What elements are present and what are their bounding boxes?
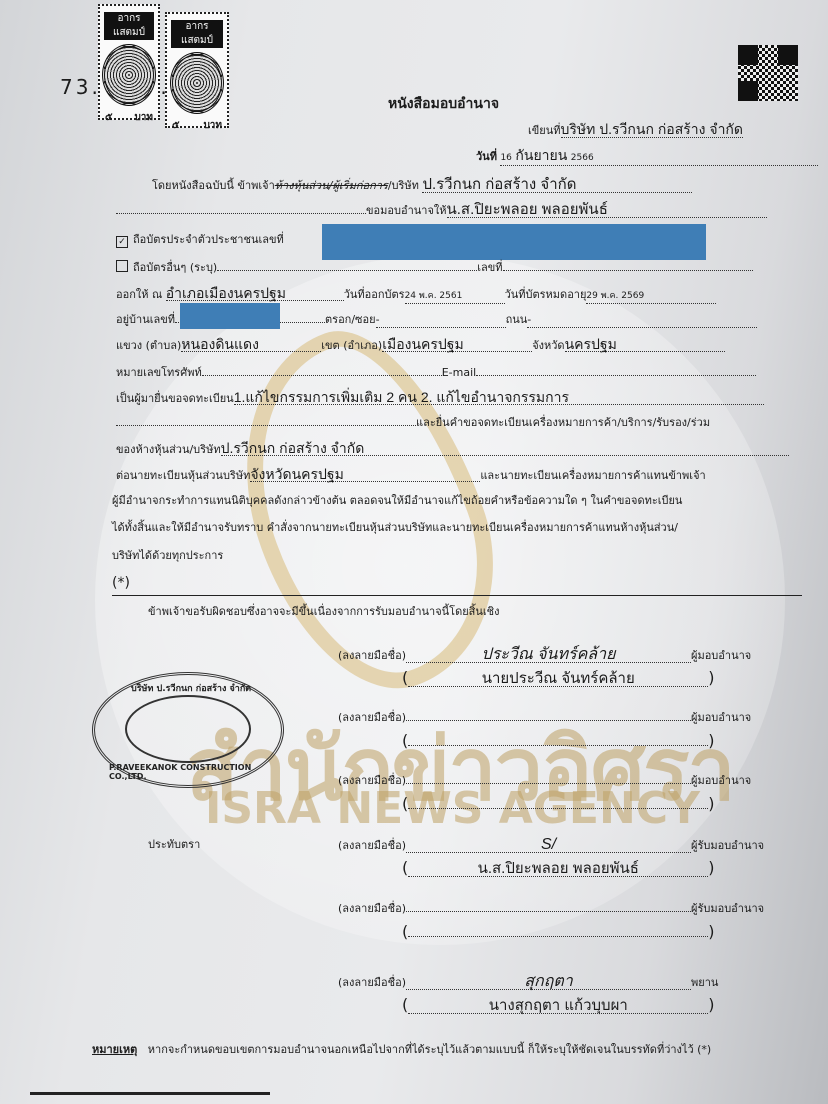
stamp-label: อากรแสตมป์ [104, 12, 154, 40]
province-label: จังหวัด [532, 339, 564, 352]
other-card-label: ถือบัตรอื่นๆ (ระบุ) [133, 261, 217, 274]
signer-role: ผู้มอบอำนาจ [691, 774, 751, 787]
divider [112, 595, 802, 596]
signature-value: S/ [406, 838, 691, 853]
note-text: หากจะกำหนดขอบเขตการมอบอำนาจนอกเหนือไปจาก… [148, 1043, 711, 1056]
signer-role: ผู้รับมอบอำนาจ [691, 839, 764, 852]
signature-value [406, 783, 691, 784]
house-label: อยู่บ้านเลขที่ [116, 313, 175, 326]
signature-row: (ลงลายมือชื่อ)ประวีณ จันทร์คล้ายผู้มอบอำ… [338, 648, 751, 663]
stamp-unit: บาท [203, 118, 222, 133]
sign-label: (ลงลายมือชื่อ) [338, 839, 406, 852]
stamp-emblem-icon [170, 52, 224, 114]
stamp-label: อากรแสตมป์ [171, 20, 223, 48]
bottom-underline [30, 1092, 270, 1095]
subdistrict-value: หนองดินแดง [181, 337, 321, 352]
province-value: นครปฐม [565, 337, 725, 352]
email-label: E-mail [442, 366, 477, 379]
redacted-id-number [322, 224, 706, 260]
seal-top-text: บริษัท ป.รวีกนก ก่อสร้าง จำกัด [131, 681, 251, 695]
registrar-suffix: และนายทะเบียนเครื่องหมายการค้าแทนข้าพเจ้… [480, 469, 705, 482]
intro-prefix: โดยหนังสือฉบับนี้ ข้าพเจ้า [152, 179, 275, 192]
struck-options: ห้างหุ้นส่วน/ผู้เริ่มก่อการ [275, 179, 388, 192]
printed-name: นายประวีณ จันทร์คล้าย [408, 672, 708, 687]
other-card-checkbox[interactable] [116, 260, 128, 272]
printed-name [408, 745, 708, 746]
signer-role: พยาน [691, 976, 718, 989]
date-year: 2566 [571, 153, 594, 163]
signature-value: ประวีณ จันทร์คล้าย [406, 648, 691, 663]
signer-role: ผู้มอบอำนาจ [691, 649, 751, 662]
company-value: ป.รวีกนก ก่อสร้าง จำกัด [422, 178, 692, 193]
purpose-row: เป็นผู้มายื่นขอจดทะเบียน1.แก้ไขกรรมการเพ… [116, 390, 764, 406]
signature-row: (ลงลายมือชื่อ)S/ผู้รับมอบอำนาจ [338, 838, 764, 853]
road-label: ถนน [506, 313, 528, 326]
signature-value: สุกฤตา [406, 975, 691, 990]
of-company-row: ของห้างหุ้นส่วน/บริษัทป.รวีกนก ก่อสร้าง … [116, 441, 789, 457]
redacted-house-number [180, 303, 280, 329]
company-seal: บริษัท ป.รวีกนก ก่อสร้าง จำกัด P.RAVEEKA… [92, 672, 284, 788]
signer-role: ผู้มอบอำนาจ [691, 711, 751, 724]
printed-name-row: (น.ส.ปิยะพลอย พลอยพันธ์) [402, 861, 715, 877]
qr-code-icon [738, 45, 798, 101]
purpose-label: เป็นผู้มายื่นขอจดทะเบียน [116, 392, 234, 405]
printed-name-row: () [402, 797, 715, 813]
registrar-row: ต่อนายทะเบียนหุ้นส่วนบริษัทจังหวัดนครปฐม… [116, 467, 706, 483]
seal-emblem-icon [125, 695, 251, 763]
issue-date-value: 24 พ.ค. 2561 [405, 289, 505, 304]
id-card-label: ถือบัตรประจำตัวประชาชนเลขที่ [133, 233, 284, 246]
of-company-value: ป.รวีกนก ก่อสร้าง จำกัด [221, 441, 789, 456]
intro-line: โดยหนังสือฉบับนี้ ข้าพเจ้าห้างหุ้นส่วน/ผ… [152, 178, 802, 193]
district-label: เขต (อำเภอ) [321, 339, 382, 352]
grant-label: ขอมอบอำนาจให้ [366, 204, 447, 217]
printed-name [408, 808, 708, 809]
sign-label: (ลงลายมือชื่อ) [338, 711, 406, 724]
issue-date-label: วันที่ออกบัตร [344, 288, 405, 301]
printed-name-row: () [402, 734, 715, 750]
revenue-stamp: อากรแสตมป์ ๕บาท [98, 4, 160, 120]
note: หมายเหตุ หากจะกำหนดขอบเขตการมอบอำนาจนอกเ… [92, 1043, 711, 1057]
date-month: กันยายน [515, 147, 567, 163]
lane-label: ตรอก/ซอย [325, 313, 376, 326]
of-company-label: ของห้างหุ้นส่วน/บริษัท [116, 443, 221, 456]
id-card-checkbox[interactable]: ✓ [116, 236, 128, 248]
purpose-value: 1.แก้ไขกรรมการเพิ่มเติม 2 คน 2. แก้ไขอำน… [234, 390, 764, 405]
issued-at-value: อำเภอเมืองนครปฐม [166, 286, 344, 301]
signature-row: (ลงลายมือชื่อ)ผู้มอบอำนาจ [338, 711, 751, 725]
locality-row: แขวง (ตำบล)หนองดินแดงเขต (อำเภอ)เมืองนคร… [116, 337, 725, 353]
written-at: เขียนที่บริษัท ป.รวีกนก ก่อสร้าง จำกัด [528, 122, 743, 138]
seal-label: ประทับตรา [148, 838, 200, 852]
signer-role: ผู้รับมอบอำนาจ [691, 902, 764, 915]
registrar-label: ต่อนายทะเบียนหุ้นส่วนบริษัท [116, 469, 250, 482]
body-line: บริษัทได้ด้วยทุกประการ [112, 549, 223, 563]
printed-name-row: (นางสุกฤตา แก้วบุบผา) [402, 998, 715, 1014]
sign-label: (ลงลายมือชื่อ) [338, 649, 406, 662]
written-at-label: เขียนที่ [528, 124, 561, 137]
subdistrict-label: แขวง (ตำบล) [116, 339, 181, 352]
signature-value [406, 720, 691, 721]
body-line: ได้ทั้งสิ้นและให้มีอำนาจรับทราบ คำสั่งจา… [112, 521, 678, 535]
other-card-number-label: เลขที่ [477, 261, 502, 274]
printed-name-row: () [402, 925, 715, 941]
grantee-name: น.ส.ปิยะพลอย พลอยพันธ์ [447, 203, 767, 218]
company-label: /บริษัท [388, 179, 419, 192]
stamp-value: ๕ [172, 118, 180, 133]
expire-date-label: วันที่บัตรหมดอายุ [505, 288, 587, 301]
date-line: วันที่ 16 กันยายน 2566 [476, 148, 818, 166]
trademark-text: และยื่นคำขอจดทะเบียนเครื่องหมายการค้า/บร… [416, 416, 710, 429]
written-at-value: บริษัท ป.รวีกนก ก่อสร้าง จำกัด [561, 121, 744, 138]
stamp-emblem-icon [102, 44, 156, 106]
printed-name: น.ส.ปิยะพลอย พลอยพันธ์ [408, 862, 708, 877]
signature-value [406, 911, 691, 912]
lane-value: - [376, 313, 506, 328]
body-line: ผู้มีอำนาจกระทำการแทนนิติบุคคลดังกล่าวข้… [112, 494, 682, 508]
signature-row: (ลงลายมือชื่อ)สุกฤตาพยาน [338, 975, 718, 990]
sign-label: (ลงลายมือชื่อ) [338, 902, 406, 915]
issued-at-label: ออกให้ ณ [116, 288, 162, 301]
contact-row: หมายเลขโทรศัพท์E-mail [116, 366, 756, 380]
seal-bottom-text: P.RAVEEKANOK CONSTRUCTION CO.,LTD. [109, 763, 281, 781]
date-day: 16 [500, 153, 511, 163]
sign-label: (ลงลายมือชื่อ) [338, 976, 406, 989]
document-title: หนังสือมอบอำนาจ [388, 97, 499, 111]
road-value: - [527, 313, 757, 328]
stamp-unit: บาท [134, 110, 153, 125]
printed-name-row: (นายประวีณ จันทร์คล้าย) [402, 671, 715, 687]
phone-label: หมายเลขโทรศัพท์ [116, 366, 202, 379]
stamp-value: ๕ [105, 110, 113, 125]
revenue-stamp: อากรแสตมป์ ๕บาท [165, 12, 229, 128]
asterisk-marker: (*) [112, 576, 130, 590]
id-card-row: ✓ถือบัตรประจำตัวประชาชนเลขที่ [116, 233, 284, 248]
registrar-value: จังหวัดนครปฐม [250, 467, 480, 482]
date-label: วันที่ [476, 150, 497, 163]
note-label: หมายเหตุ [92, 1043, 137, 1056]
signature-row: (ลงลายมือชื่อ)ผู้รับมอบอำนาจ [338, 902, 764, 916]
trademark-row: และยื่นคำขอจดทะเบียนเครื่องหมายการค้า/บร… [116, 416, 710, 430]
district-value: เมืองนครปฐม [382, 337, 532, 352]
printed-name: นางสุกฤตา แก้วบุบผา [408, 999, 708, 1014]
signature-row: (ลงลายมือชื่อ)ผู้มอบอำนาจ [338, 774, 751, 788]
expire-date-value: 29 พ.ค. 2569 [586, 289, 716, 304]
other-card-row: ถือบัตรอื่นๆ (ระบุ)เลขที่ [116, 260, 802, 275]
sign-label: (ลงลายมือชื่อ) [338, 774, 406, 787]
printed-name [408, 936, 708, 937]
issued-row: ออกให้ ณ อำเภอเมืองนครปฐมวันที่ออกบัตร24… [116, 286, 716, 304]
grant-line: ขอมอบอำนาจให้น.ส.ปิยะพลอย พลอยพันธ์ [116, 203, 767, 218]
liability-text: ข้าพเจ้าขอรับผิดชอบซึ่งอาจจะมีขึ้นเนื่อง… [148, 605, 499, 619]
